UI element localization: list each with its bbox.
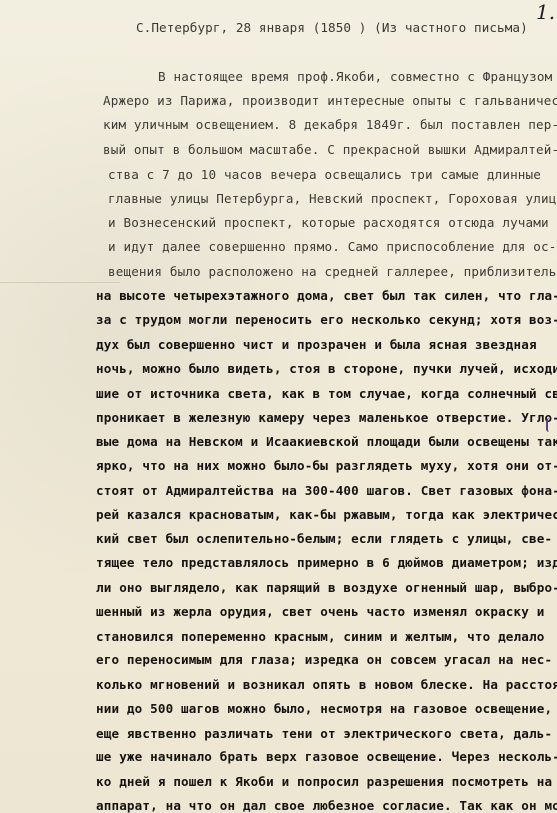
text-line: вый опыт в большом масштабе. С прекрасно… <box>103 142 557 157</box>
letter-heading: С.Петербург, 28 января (1850 ) (Из частн… <box>136 20 528 35</box>
text-line: стоят от Адмиралтейства на 300-400 шагов… <box>96 483 557 498</box>
text-line: проникает в железную камеру через малень… <box>96 410 557 425</box>
text-line: шенный из жерла орудия, свет очень часто… <box>96 604 544 619</box>
text-line: ства с 7 до 10 часов вечера освещались т… <box>108 167 541 182</box>
text-line: за с трудом могли переносить его несколь… <box>96 312 557 327</box>
text-line: ким уличным освещением. 8 декабря 1849г.… <box>103 117 557 132</box>
paper-fold-line <box>0 282 120 283</box>
typewritten-page: 1. С.Петербург, 28 января (1850 ) (Из ча… <box>0 0 557 813</box>
text-line: становился попеременно красным, синим и … <box>96 629 544 644</box>
text-line: Аржеро из Парижа, производит интересные … <box>103 93 557 108</box>
text-line: ко дней я пошел к Якоби и попросил разре… <box>96 774 552 789</box>
text-line: нии до 500 шагов можно было, несмотря на… <box>96 701 552 716</box>
text-line: кий свет был ослепительно-белым; если гл… <box>96 531 552 546</box>
text-line: В настоящее время проф.Якоби, совместно … <box>158 69 552 84</box>
text-line: тящее тело представлялось примерно в 6 д… <box>96 555 557 570</box>
text-line: дух был совершенно чист и прозрачен и бы… <box>96 337 537 352</box>
text-line: ли оно выглядело, как парящий в воздухе … <box>96 580 557 595</box>
text-line: колько мгновений и возникал опять в ново… <box>96 677 557 692</box>
text-line: и Вознесенский проспект, которые расходя… <box>108 215 549 230</box>
page-number: 1. <box>536 0 555 24</box>
text-line: аппарат, на что он дал свое любезное сог… <box>96 798 557 813</box>
text-line: ярко, что на них можно было-бы разглядет… <box>96 458 557 473</box>
handwritten-correction-mark <box>546 418 552 432</box>
text-line: на высоте четырехэтажного дома, свет был… <box>96 288 557 303</box>
text-line: ночь, можно было видеть, стоя в стороне,… <box>96 361 557 376</box>
text-line: рей казался красноватым, как-бы ржавым, … <box>96 507 557 522</box>
text-line: шие от источника света, как в том случае… <box>96 386 557 401</box>
text-line: вые дома на Невском и Исаакиевской площа… <box>96 434 557 449</box>
text-line: еще явственно различать тени от электрич… <box>96 726 552 741</box>
text-line: ше уже начинало брать верх газовое освещ… <box>96 749 557 764</box>
text-line: и идут далее совершенно прямо. Само прис… <box>108 239 556 254</box>
text-line: его переносимым для глаза; изредка он со… <box>96 652 552 667</box>
text-line: главные улицы Петербурга, Невский проспе… <box>108 191 557 206</box>
text-line: вещения было расположено на средней галл… <box>108 264 557 279</box>
